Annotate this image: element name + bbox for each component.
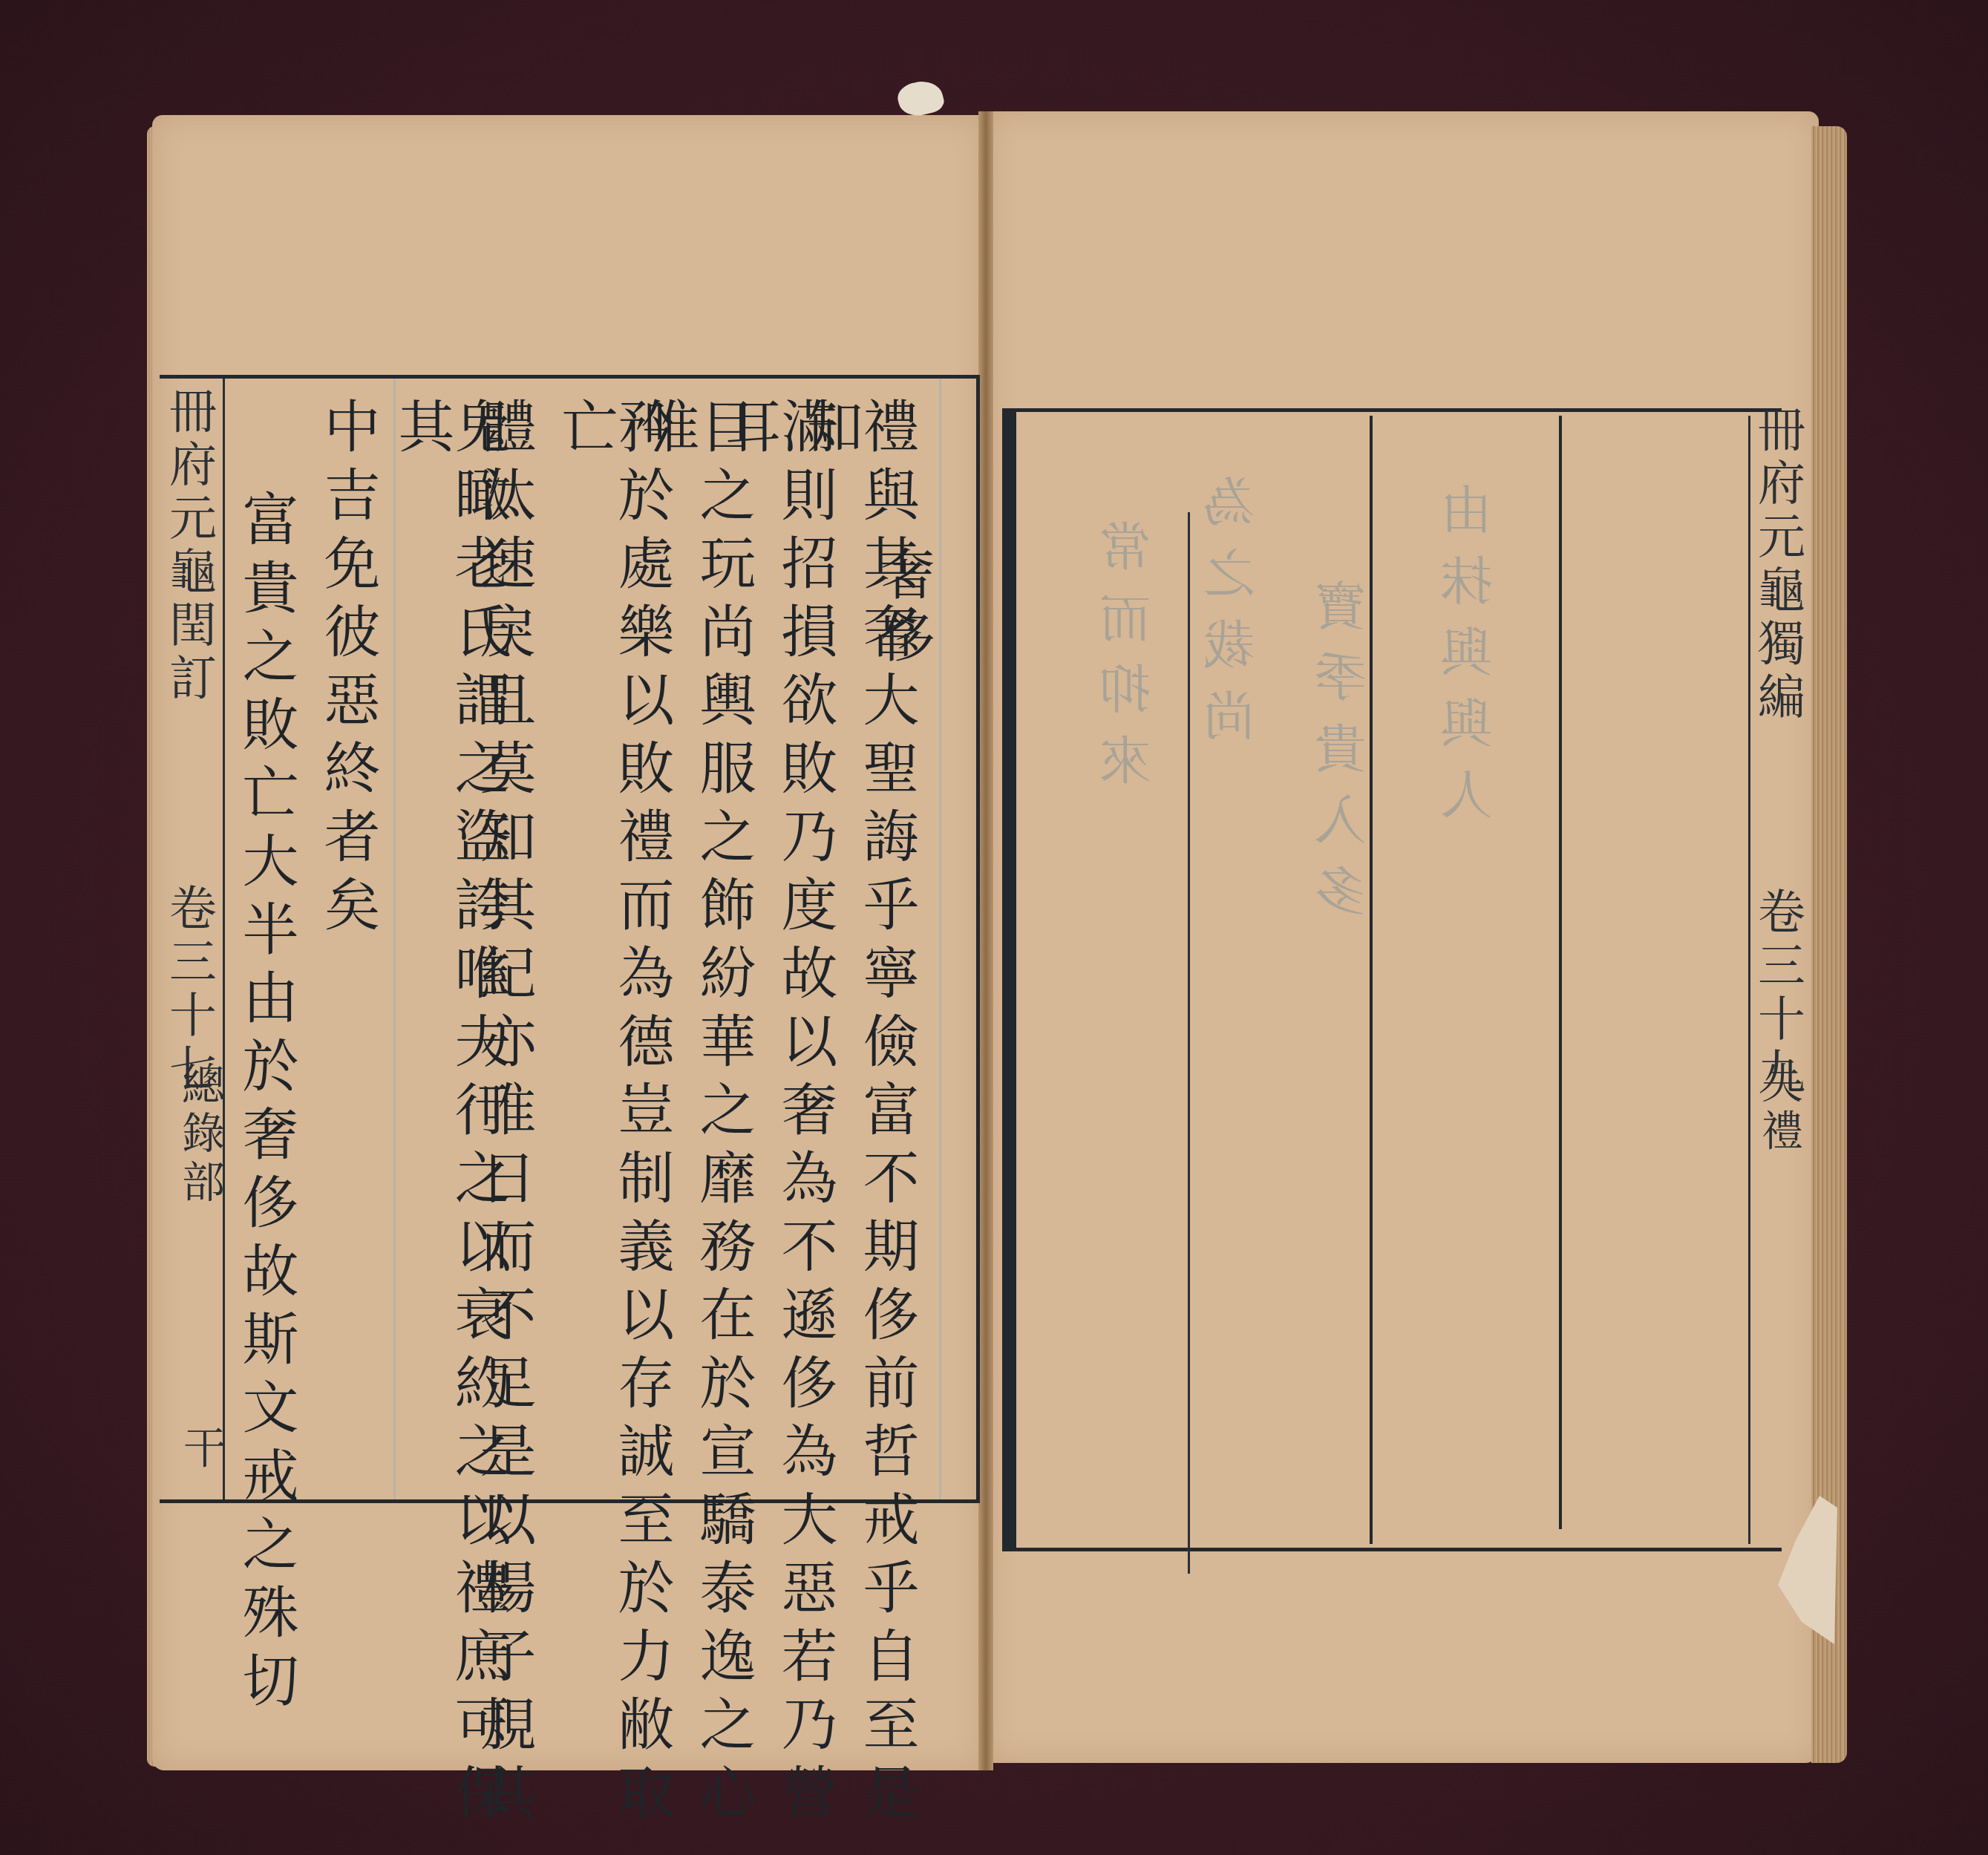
ghost-text-column: 寶季貴入多 bbox=[1307, 579, 1382, 935]
text-column-7: 中吉免彼惡終者矣 bbox=[319, 397, 376, 943]
text-column-6: 鬼瞰老氏謂之盜誇唯夫行之以衰約之以禮庶可保其 bbox=[393, 397, 506, 1855]
left-margin-book-title: 冊府元龜閏訂 bbox=[165, 386, 212, 707]
ghost-text-column: 為之裁尚 bbox=[1195, 475, 1270, 760]
left-margin-rule bbox=[223, 379, 225, 1499]
left-margin-page-number: 干 bbox=[180, 1425, 223, 1474]
right-outer-thick-rule bbox=[1006, 412, 1016, 1548]
left-margin-section: 總錄部 bbox=[178, 1061, 221, 1208]
right-margin-section: 失禮 bbox=[1758, 1061, 1799, 1156]
text-column-4: 矜於處樂以敗禮而為德豈制義以存誠至於力敝取亡 bbox=[557, 397, 670, 1855]
text-column-8: 富貴之敗亡大半由於奢侈故斯文戒之殊切 bbox=[238, 490, 294, 1719]
ghost-text-column: 常而抑來 bbox=[1091, 520, 1166, 805]
ghost-text-column: 由抹與與人 bbox=[1433, 482, 1508, 839]
book-spine-gutter bbox=[978, 111, 993, 1770]
right-margin-book-title: 冊府元龜獨編 bbox=[1753, 405, 1801, 725]
right-column-rule bbox=[1188, 512, 1190, 1574]
right-column-rule bbox=[1559, 416, 1562, 1529]
column-guide-line bbox=[939, 379, 941, 1499]
